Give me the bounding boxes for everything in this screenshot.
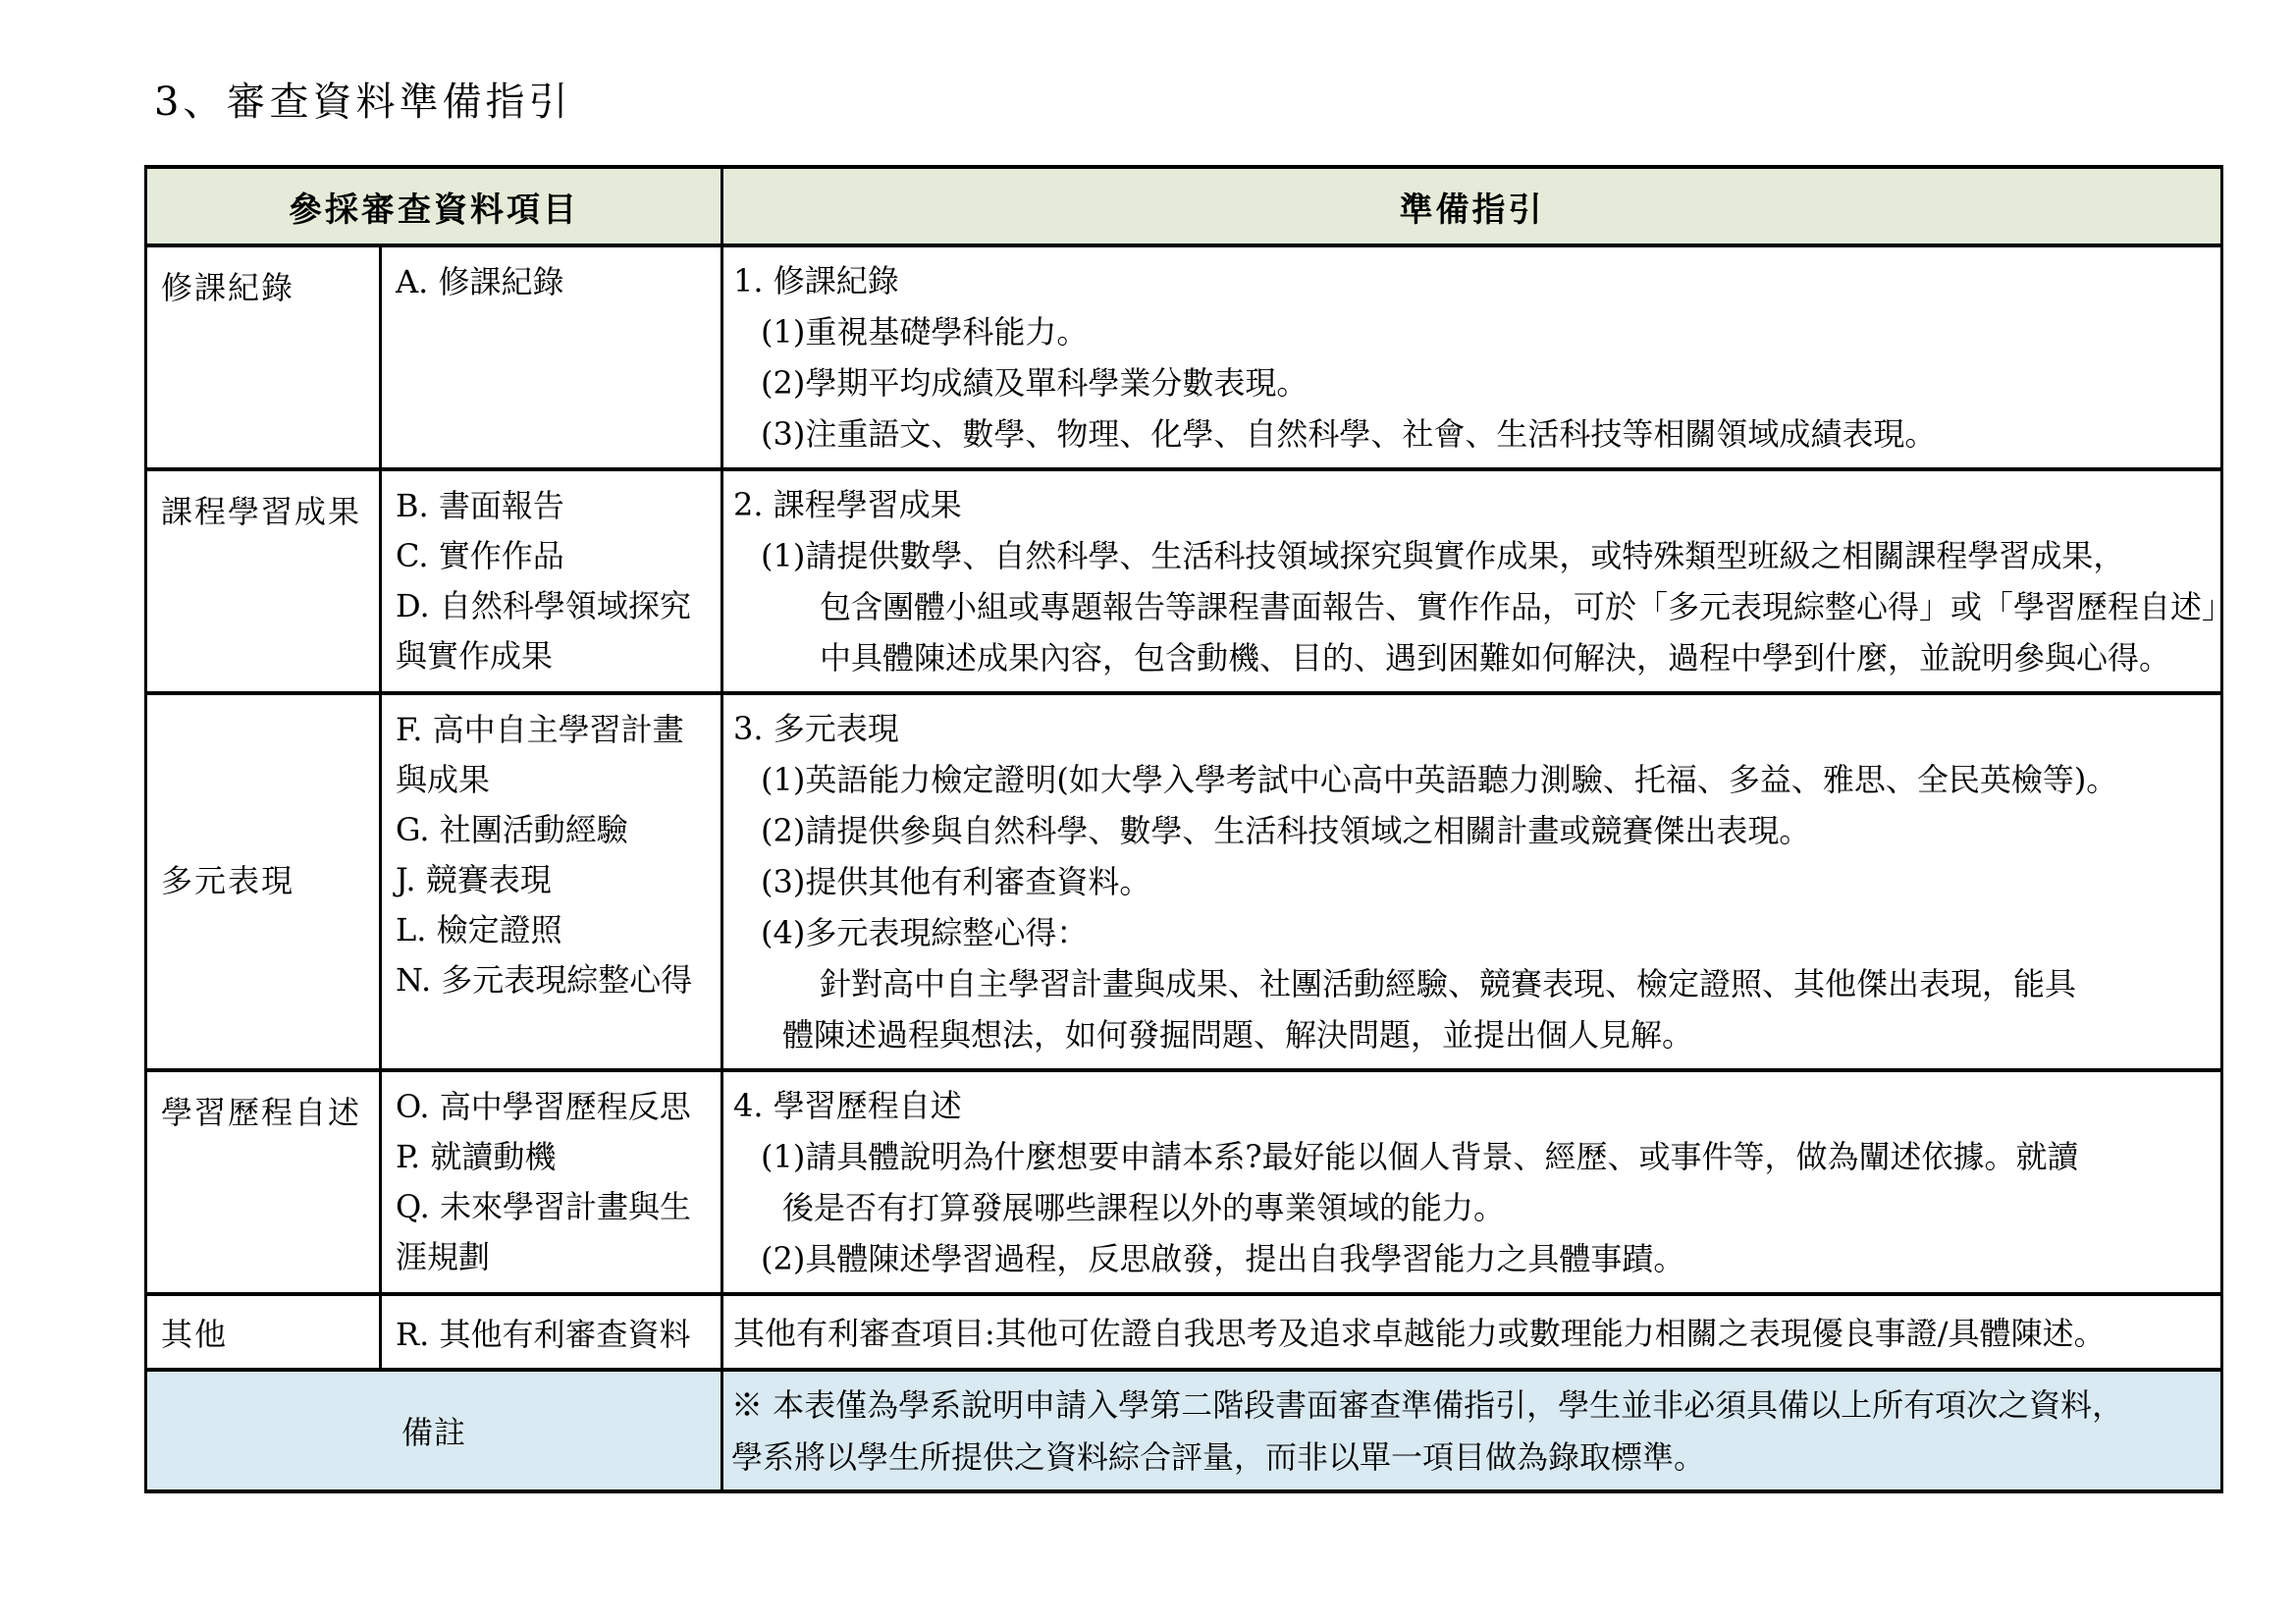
text-line: 與實作成果 [396, 631, 717, 681]
text-line: 後是否有打算發展哪些課程以外的專業領域的能力。 [731, 1182, 2213, 1233]
table-row-course-record: 修課紀錄 A. 修課紀錄 1. 修課紀錄 (1)重視基礎學科能力。 (2)學期平… [146, 245, 2222, 469]
page-title: 3、審查資料準備指引 [154, 71, 571, 127]
items-cell: F. 高中自主學習計畫 與成果 G. 社團活動經驗 J. 競賽表現 L. 檢定證… [381, 693, 722, 1070]
note-text-cell: ※ 本表僅為學系說明申請入學第二階段書面審查準備指引，學生並非必須具備以上所有項… [722, 1370, 2222, 1491]
text-line: J. 競賽表現 [396, 855, 717, 905]
note-row: 備註 ※ 本表僅為學系說明申請入學第二階段書面審查準備指引，學生並非必須具備以上… [146, 1370, 2222, 1491]
guide-cell: 其他有利審查項目:其他可佐證自我思考及追求卓越能力或數理能力相關之表現優良事證/… [722, 1294, 2222, 1370]
text-line: L. 檢定證照 [396, 905, 717, 955]
text-line: ※ 本表僅為學系說明申請入學第二階段書面審查準備指引，學生並非必須具備以上所有項… [731, 1380, 2213, 1432]
category-cell: 其他 [146, 1294, 381, 1370]
review-guide-table: 參採審查資料項目 準備指引 修課紀錄 A. 修課紀錄 1. 修課紀錄 (1)重視… [144, 165, 2223, 1493]
items-cell: O. 高中學習歷程反思 P. 就讀動機 Q. 未來學習計畫與生 涯規劃 [381, 1070, 722, 1294]
text-line: (2)請提供參與自然科學、數學、生活科技領域之相關計畫或競賽傑出表現。 [731, 805, 2213, 856]
items-cell: A. 修課紀錄 [381, 245, 722, 469]
text-line: (2)學期平均成績及單科學業分數表現。 [731, 357, 2213, 408]
text-line: 1. 修課紀錄 [731, 255, 2213, 306]
text-line: 4. 學習歷程自述 [731, 1080, 2213, 1131]
text-line: 涯規劃 [396, 1232, 717, 1282]
header-cell-guide: 準備指引 [722, 167, 2222, 245]
category-cell: 修課紀錄 [146, 245, 381, 469]
text-line: G. 社團活動經驗 [396, 805, 717, 855]
text-line: 與成果 [396, 755, 717, 805]
text-line: (2)具體陳述學習過程，反思啟發，提出自我學習能力之具體事蹟。 [731, 1233, 2213, 1284]
guide-cell: 4. 學習歷程自述 (1)請具體說明為什麼想要申請本系?最好能以個人背景、經歷、… [722, 1070, 2222, 1294]
text-line: A. 修課紀錄 [396, 257, 717, 307]
document-page: 3、審查資料準備指引 參採審查資料項目 準備指引 修課紀錄 A. 修課紀錄 1.… [0, 0, 2296, 1624]
text-line: 中具體陳述成果內容，包含動機、目的、遇到困難如何解決，過程中學到什麼，並說明參與… [731, 632, 2213, 683]
category-cell: 多元表現 [146, 693, 381, 1070]
text-line: (3)注重語文、數學、物理、化學、自然科學、社會、生活科技等相關領域成績表現。 [731, 408, 2213, 460]
text-line: O. 高中學習歷程反思 [396, 1082, 717, 1132]
text-line: 3. 多元表現 [731, 703, 2213, 754]
text-line: 針對高中自主學習計畫與成果、社團活動經驗、競賽表現、檢定證照、其他傑出表現，能具 [731, 958, 2213, 1009]
text-line: 其他有利審查項目:其他可佐證自我思考及追求卓越能力或數理能力相關之表現優良事證/… [731, 1308, 2213, 1359]
text-line: D. 自然科學領域探究 [396, 581, 717, 631]
items-cell: B. 書面報告 C. 實作作品 D. 自然科學領域探究 與實作成果 [381, 469, 722, 693]
text-line: (1)請具體說明為什麼想要申請本系?最好能以個人背景、經歷、或事件等，做為闡述依… [731, 1131, 2213, 1182]
text-line: Q. 未來學習計畫與生 [396, 1182, 717, 1232]
text-line: P. 就讀動機 [396, 1132, 717, 1182]
text-line: (1)請提供數學、自然科學、生活科技領域探究與實作成果，或特殊類型班級之相關課程… [731, 530, 2213, 581]
table-row-diverse-performance: 多元表現 F. 高中自主學習計畫 與成果 G. 社團活動經驗 J. 競賽表現 L… [146, 693, 2222, 1070]
text-line: F. 高中自主學習計畫 [396, 705, 717, 755]
table-row-other: 其他 R. 其他有利審查資料 其他有利審查項目:其他可佐證自我思考及追求卓越能力… [146, 1294, 2222, 1370]
guide-cell: 3. 多元表現 (1)英語能力檢定證明(如大學入學考試中心高中英語聽力測驗、托福… [722, 693, 2222, 1070]
category-cell: 學習歷程自述 [146, 1070, 381, 1294]
text-line: R. 其他有利審查資料 [396, 1310, 717, 1360]
text-line: C. 實作作品 [396, 531, 717, 581]
text-line: (4)多元表現綜整心得： [731, 907, 2213, 958]
text-line: N. 多元表現綜整心得 [396, 955, 717, 1005]
header-row: 參採審查資料項目 準備指引 [146, 167, 2222, 245]
text-line: (1)重視基礎學科能力。 [731, 306, 2213, 357]
table-row-course-results: 課程學習成果 B. 書面報告 C. 實作作品 D. 自然科學領域探究 與實作成果… [146, 469, 2222, 693]
guide-cell: 2. 課程學習成果 (1)請提供數學、自然科學、生活科技領域探究與實作成果，或特… [722, 469, 2222, 693]
text-line: (3)提供其他有利審查資料。 [731, 856, 2213, 907]
note-label-cell: 備註 [146, 1370, 722, 1491]
guide-cell: 1. 修課紀錄 (1)重視基礎學科能力。 (2)學期平均成績及單科學業分數表現。… [722, 245, 2222, 469]
items-cell: R. 其他有利審查資料 [381, 1294, 722, 1370]
text-line: 包含團體小組或專題報告等課程書面報告、實作作品，可於「多元表現綜整心得」或「學習… [731, 581, 2213, 632]
text-line: 2. 課程學習成果 [731, 479, 2213, 530]
header-cell-items: 參採審查資料項目 [146, 167, 722, 245]
text-line: B. 書面報告 [396, 481, 717, 531]
text-line: 學系將以學生所提供之資料綜合評量，而非以單一項目做為錄取標準。 [731, 1432, 2213, 1484]
text-line: (1)英語能力檢定證明(如大學入學考試中心高中英語聽力測驗、托福、多益、雅思、全… [731, 754, 2213, 805]
category-cell: 課程學習成果 [146, 469, 381, 693]
table-row-self-statement: 學習歷程自述 O. 高中學習歷程反思 P. 就讀動機 Q. 未來學習計畫與生 涯… [146, 1070, 2222, 1294]
text-line: 體陳述過程與想法，如何發掘問題、解決問題，並提出個人見解。 [731, 1009, 2213, 1060]
